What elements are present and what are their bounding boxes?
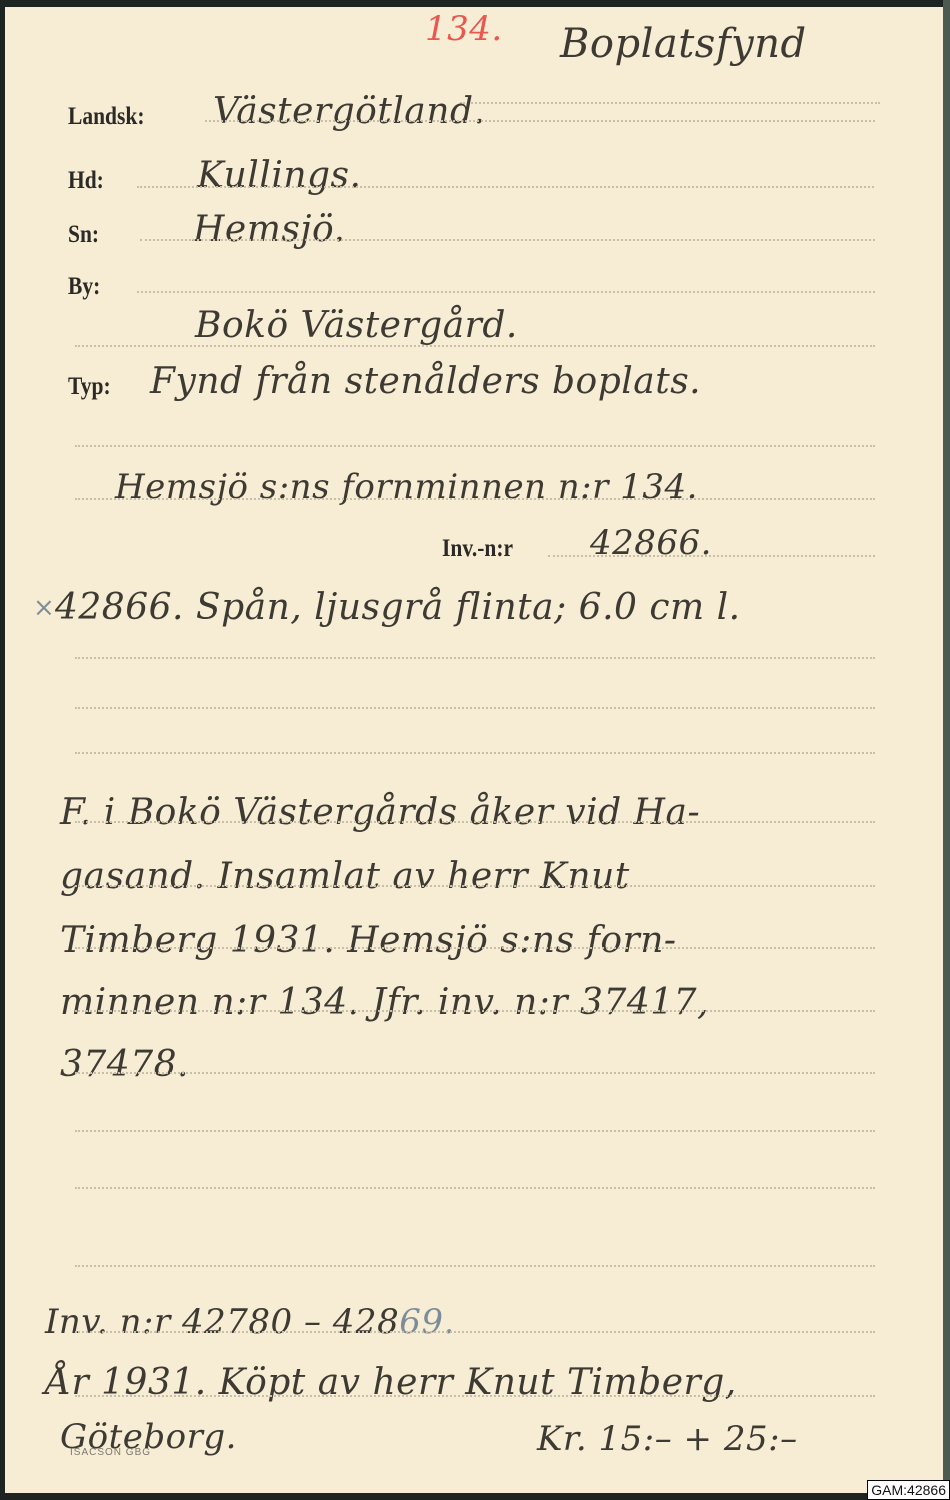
landsk-value: Västergötland. <box>213 91 485 132</box>
description-line: minnen n:r 134. Jfr. inv. n:r 37417, <box>60 982 709 1023</box>
typ-value: Fynd från stenålders boplats. <box>150 361 701 402</box>
landsk-label: Landsk: <box>68 103 144 131</box>
sn-label: Sn: <box>68 221 99 249</box>
dotted-line <box>140 239 875 241</box>
dotted-line <box>548 555 875 557</box>
dotted-line <box>137 291 875 293</box>
scan-edge <box>943 0 950 1500</box>
description-line: gasand. Insamlat av herr Knut <box>60 856 630 897</box>
description-line: 37478. <box>60 1044 189 1085</box>
hd-value: Kullings. <box>197 155 361 196</box>
dotted-line <box>75 885 875 887</box>
inv-range-suffix: 69. <box>399 1302 455 1342</box>
dotted-line <box>75 1395 875 1397</box>
by-value: Bokö Västergård. <box>195 305 518 346</box>
dotted-line <box>75 1072 875 1074</box>
dotted-line <box>75 1187 875 1189</box>
description-line: Timberg 1931. Hemsjö s:ns forn- <box>60 920 677 961</box>
dotted-line <box>75 707 875 709</box>
dotted-line <box>75 345 875 347</box>
inv-range: Inv. n:r 42780 – 42869. <box>45 1302 455 1342</box>
inv-label: Inv.-n:r <box>442 535 513 563</box>
inv-range-prefix: Inv. n:r 42780 – 428 <box>45 1302 399 1342</box>
price: Kr. 15:– + 25:– <box>537 1419 798 1459</box>
dotted-line <box>75 1331 875 1333</box>
category-heading: Boplatsfynd <box>560 21 807 67</box>
dotted-line <box>75 1130 875 1132</box>
dotted-line <box>205 120 875 122</box>
dotted-line <box>460 102 880 104</box>
dotted-line <box>75 1265 875 1267</box>
item-mark: × <box>33 593 55 623</box>
printer-stamp: ISACSON GBG <box>70 1447 151 1458</box>
catalog-card: 134. Boplatsfynd Landsk: Västergötland. … <box>5 7 943 1493</box>
dotted-line <box>75 657 875 659</box>
dotted-line <box>75 445 875 447</box>
dotted-line <box>137 186 874 188</box>
item-line: 42866. Spån, ljusgrå flinta; 6.0 cm l. <box>55 587 741 628</box>
dotted-line <box>75 821 875 823</box>
dotted-line <box>75 947 875 949</box>
hd-label: Hd: <box>68 167 104 195</box>
dotted-line <box>75 498 875 500</box>
red-card-number: 134. <box>425 9 503 49</box>
sn-value: Hemsjö. <box>193 209 345 250</box>
dotted-line <box>75 752 875 754</box>
catalog-id-label: GAM:42866 <box>867 1480 950 1500</box>
inv-value: 42866. <box>590 523 712 563</box>
fornminne-line: Hemsjö s:ns fornminnen n:r 134. <box>115 467 698 507</box>
by-label: By: <box>68 273 100 301</box>
dotted-line <box>75 1010 875 1012</box>
typ-label: Typ: <box>68 373 111 401</box>
description-line: F. i Bokö Västergårds åker vid Ha- <box>60 792 700 833</box>
